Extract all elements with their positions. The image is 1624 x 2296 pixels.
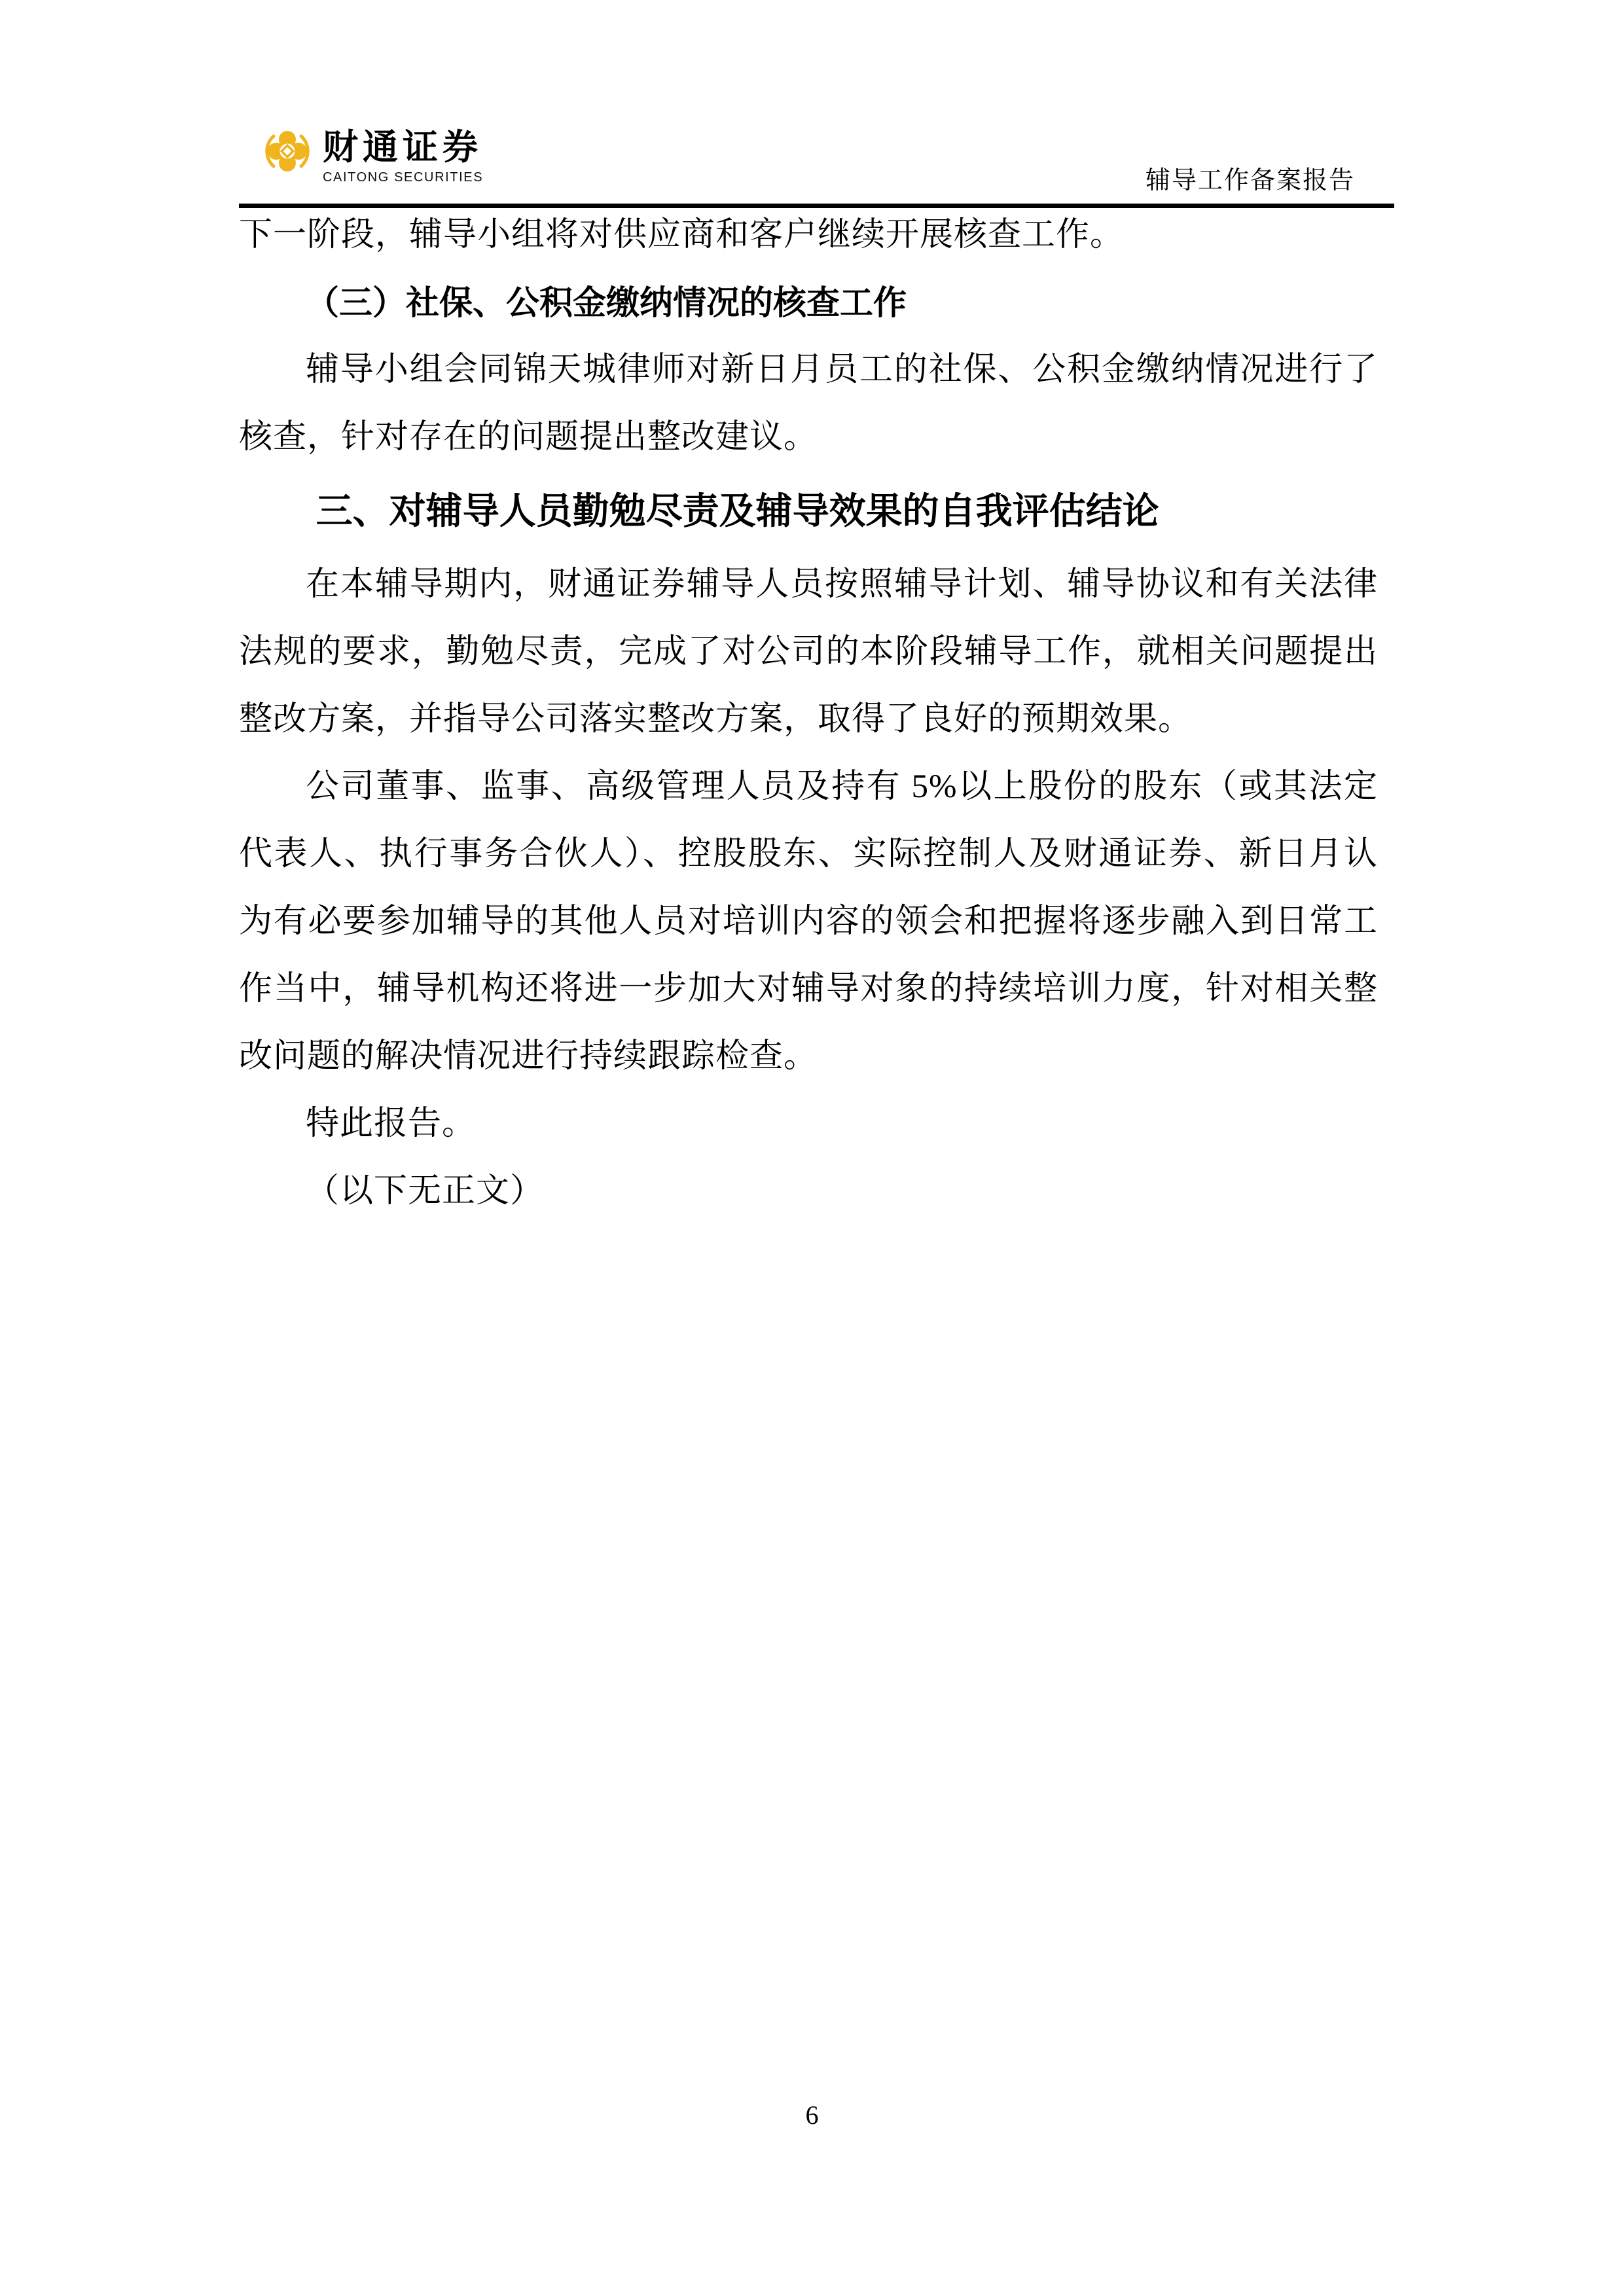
paragraph-social-insurance: 辅导小组会同锦天城律师对新日月员工的社保、公积金缴纳情况进行了核查，针对存在的问… <box>239 336 1378 471</box>
header-doc-title: 辅导工作备案报告 <box>239 166 1355 196</box>
document-body: 下一阶段，辅导小组将对供应商和客户继续开展核查工作。 （三）社保、公积金缴纳情况… <box>239 202 1378 1225</box>
paragraph-continuation: 下一阶段，辅导小组将对供应商和客户继续开展核查工作。 <box>239 202 1378 269</box>
subsection-heading-social-insurance: （三）社保、公积金缴纳情况的核查工作 <box>239 269 1378 336</box>
section-heading-self-evaluation: 三、对辅导人员勤勉尽责及辅导效果的自我评估结论 <box>239 471 1378 551</box>
page-number: 6 <box>806 2100 819 2130</box>
paragraph-no-more-text: （以下无正文） <box>239 1158 1378 1225</box>
paragraph-self-evaluation: 在本辅导期内，财通证券辅导人员按照辅导计划、辅导协议和有关法律法规的要求，勤勉尽… <box>239 551 1378 753</box>
paragraph-hereby-report: 特此报告。 <box>239 1090 1378 1158</box>
logo-chinese-name: 财通证券 <box>323 128 483 166</box>
paragraph-training-followup: 公司董事、监事、高级管理人员及持有 5%以上股份的股东（或其法定代表人、执行事务… <box>239 753 1378 1090</box>
report-page: 财通证券 CAITONG SECURITIES 辅导工作备案报告 下一阶段，辅导… <box>0 0 1624 2296</box>
page-footer: 6 <box>0 2100 1624 2130</box>
